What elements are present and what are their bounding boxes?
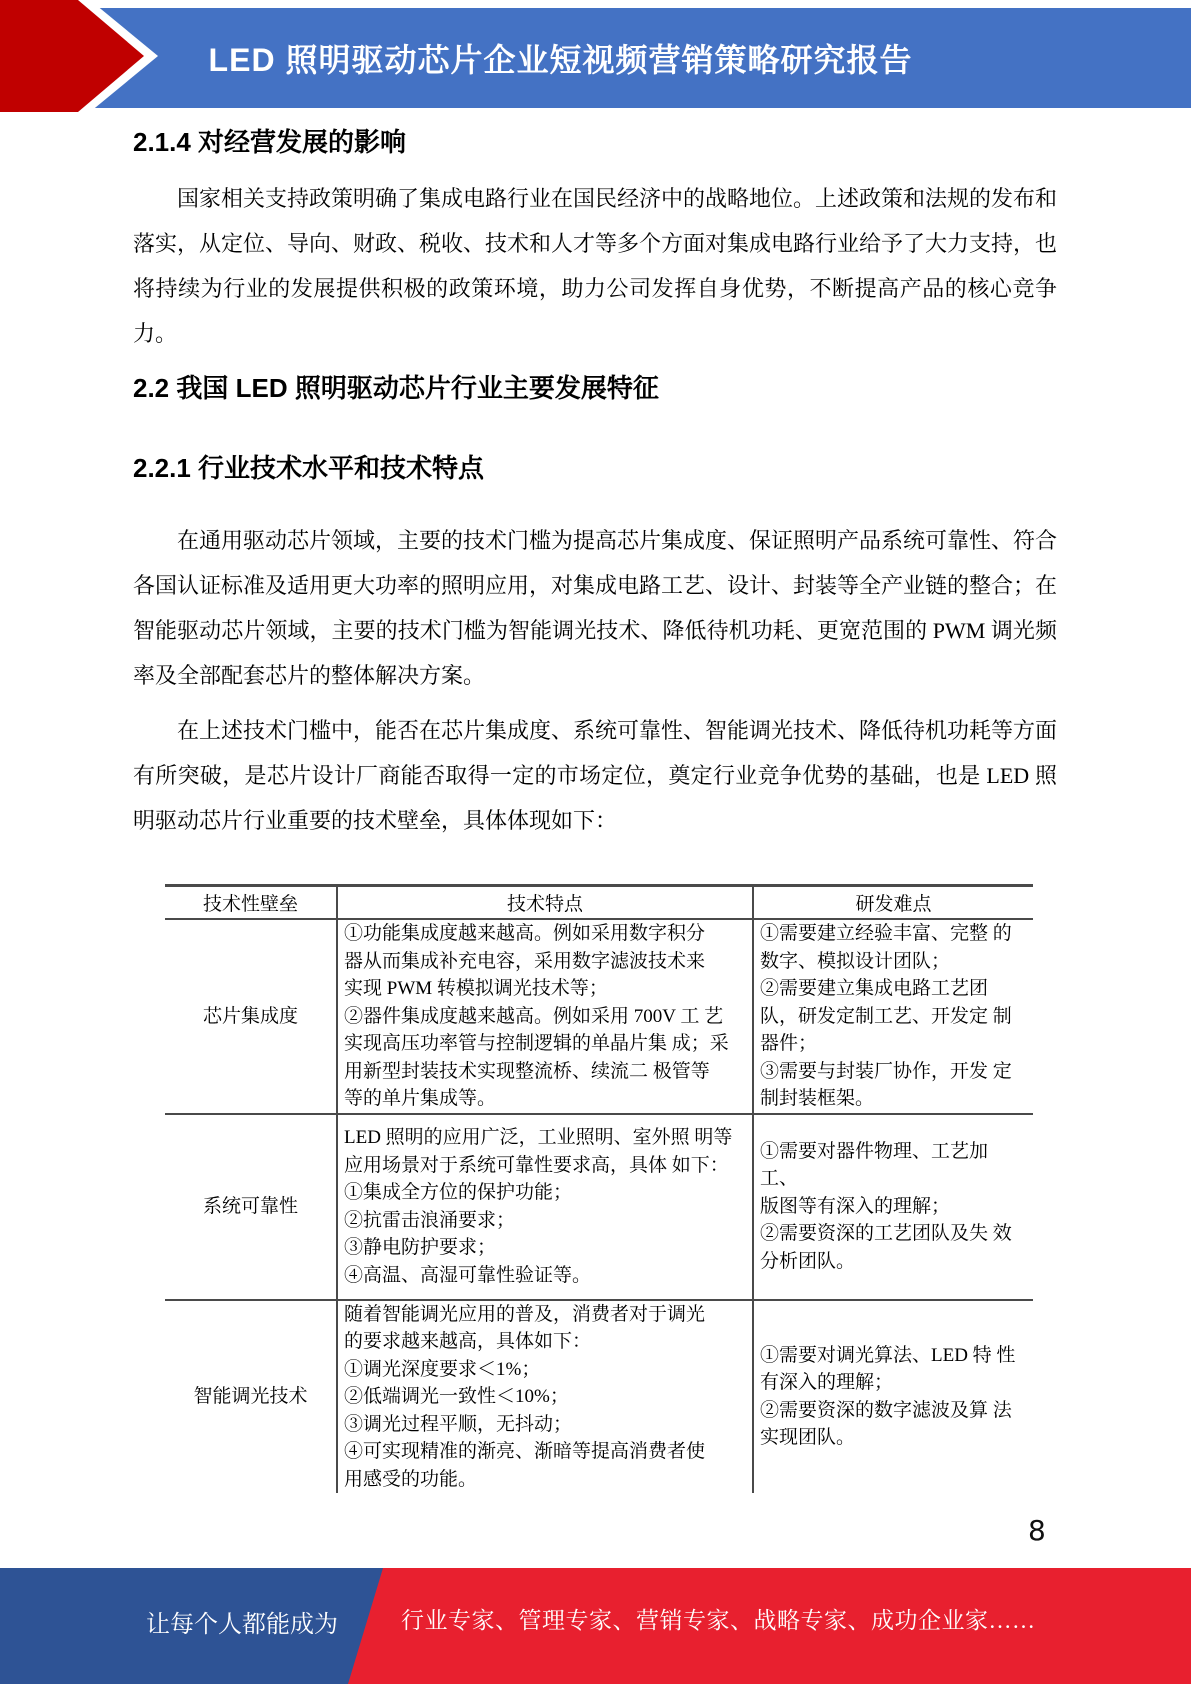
footer-slogan-left: 让每个人都能成为 bbox=[146, 1604, 338, 1639]
table-header-row: 技术性壁垒 技术特点 研发难点 bbox=[165, 886, 1033, 920]
section-heading-2-2-1: 2.2.1 行业技术水平和技术特点 bbox=[133, 448, 1063, 485]
barrier-name: 系统可靠性 bbox=[165, 1114, 337, 1300]
rd-difficulties-cell: ①需要对调光算法、LED 特 性 有深入的理解； ②需要资深的数字滤波及算 法 … bbox=[753, 1300, 1033, 1494]
footer-slogan-right: 行业专家、管理专家、营销专家、战略专家、成功企业家…… bbox=[401, 1602, 1036, 1635]
section-heading-2-1-4: 2.1.4 对经营发展的影响 bbox=[133, 122, 1063, 159]
tech-barrier-table: 技术性壁垒 技术特点 研发难点 芯片集成度 ①功能集成度越来越高。例如采用数字积… bbox=[165, 884, 1033, 1493]
page-footer: 让每个人都能成为 行业专家、管理专家、营销专家、战略专家、成功企业家…… bbox=[0, 1568, 1191, 1684]
table-row-chip-integration: 芯片集成度 ①功能集成度越来越高。例如采用数字积分 器从而集成补充电容，采用数字… bbox=[165, 919, 1033, 1114]
col-header-features: 技术特点 bbox=[337, 886, 753, 920]
page-number: 8 bbox=[1028, 1514, 1046, 1547]
page-header-banner: LED 照明驱动芯片企业短视频营销策略研究报告 bbox=[0, 8, 1191, 108]
red-arrow-icon bbox=[0, 0, 170, 114]
col-header-difficulties: 研发难点 bbox=[753, 886, 1033, 920]
paragraph-tech-barrier-intro: 在上述技术门槛中，能否在芯片集成度、系统可靠性、智能调光技术、降低待机功耗等方面… bbox=[133, 708, 1057, 843]
rd-difficulties-cell: ①需要对器件物理、工艺加 工、 版图等有深入的理解； ②需要资深的工艺团队及失 … bbox=[753, 1114, 1033, 1300]
section-heading-2-2: 2.2 我国 LED 照明驱动芯片行业主要发展特征 bbox=[133, 368, 1063, 405]
table-row-smart-dimming: 智能调光技术 随着智能调光应用的普及，消费者对于调光 的要求越来越高，具体如下：… bbox=[165, 1300, 1033, 1494]
rd-difficulties-cell: ①需要建立经验丰富、完整 的 数字、模拟设计团队； ②需要建立集成电路工艺团 队… bbox=[753, 919, 1033, 1114]
paragraph-policy-impact: 国家相关支持政策明确了集成电路行业在国民经济中的战略地位。上述政策和法规的发布和… bbox=[133, 176, 1057, 356]
tech-barrier-table-wrap: 技术性壁垒 技术特点 研发难点 芯片集成度 ①功能集成度越来越高。例如采用数字积… bbox=[165, 884, 1033, 1493]
tech-features-cell: LED 照明的应用广泛，工业照明、室外照 明等 应用场景对于系统可靠性要求高，具… bbox=[337, 1114, 753, 1300]
col-header-barrier: 技术性壁垒 bbox=[165, 886, 337, 920]
paragraph-tech-threshold: 在通用驱动芯片领域，主要的技术门槛为提高芯片集成度、保证照明产品系统可靠性、符合… bbox=[133, 518, 1057, 698]
report-title: LED 照明驱动芯片企业短视频营销策略研究报告 bbox=[209, 35, 913, 81]
table-row-system-reliability: 系统可靠性 LED 照明的应用广泛，工业照明、室外照 明等 应用场景对于系统可靠… bbox=[165, 1114, 1033, 1300]
barrier-name: 芯片集成度 bbox=[165, 919, 337, 1114]
tech-features-cell: 随着智能调光应用的普及，消费者对于调光 的要求越来越高，具体如下： ①调光深度要… bbox=[337, 1300, 753, 1494]
report-page: LED 照明驱动芯片企业短视频营销策略研究报告 2.1.4 对经营发展的影响 国… bbox=[0, 0, 1191, 1684]
tech-features-cell: ①功能集成度越来越高。例如采用数字积分 器从而集成补充电容，采用数字滤波技术来 … bbox=[337, 919, 753, 1114]
barrier-name: 智能调光技术 bbox=[165, 1300, 337, 1494]
